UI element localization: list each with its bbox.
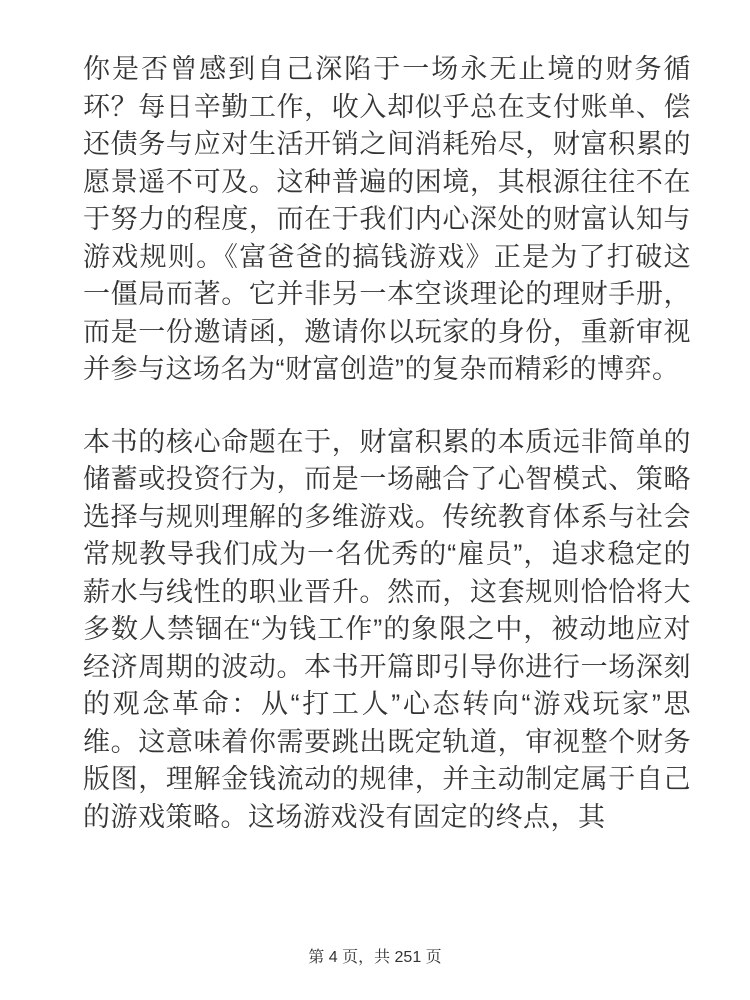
page-content: 你是否曾感到自己深陷于一场永无止境的财务循环？每日辛勤工作，收入却似乎总在支付账… [83, 51, 691, 871]
paragraph: 你是否曾感到自己深陷于一场永无止境的财务循环？每日辛勤工作，收入却似乎总在支付账… [83, 51, 691, 389]
page-indicator: 第 4 页，共 251 页 [0, 948, 750, 968]
paragraph: 本书的核心命题在于，财富积累的本质远非简单的储蓄或投资行为，而是一场融合了心智模… [83, 424, 691, 837]
document-page: 你是否曾感到自己深陷于一场永无止境的财务循环？每日辛勤工作，收入却似乎总在支付账… [0, 0, 750, 1000]
